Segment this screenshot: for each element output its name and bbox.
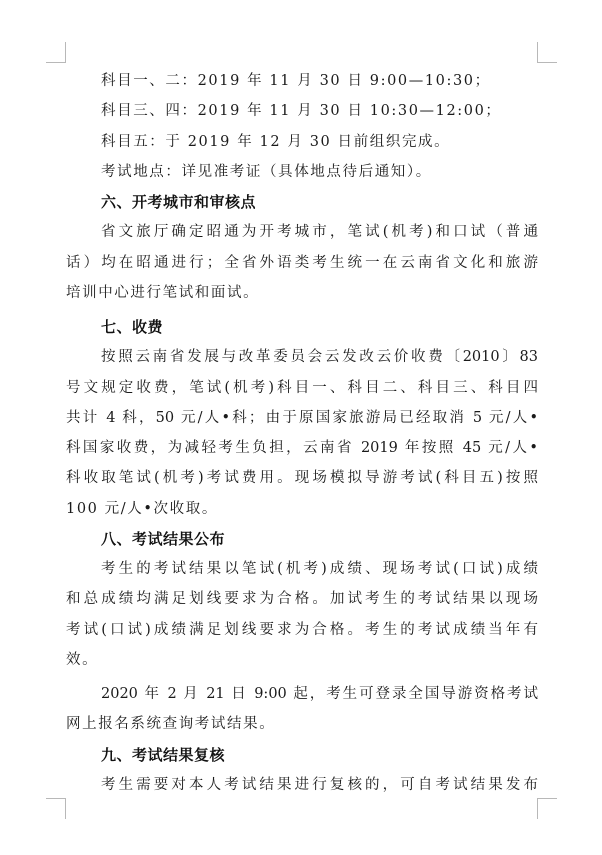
section-heading-7: 七、收费 <box>66 312 538 342</box>
margin-corner-mark-top-left <box>46 42 66 63</box>
paragraph-line: 科收取笔试(机考)考试费用。现场模拟导游考试(科目五)按照 <box>66 463 538 493</box>
exam-time-subject-5: 科目五：于 2019 年 12 月 30 日前组织完成。 <box>66 127 538 157</box>
paragraph-line: 按照云南省发展与改革委员会云发改云价收费〔2010〕83 <box>66 342 538 372</box>
paragraph-line: 科国家收费，为减轻考生负担，云南省 2019 年按照 45 元/人• <box>66 433 538 463</box>
margin-corner-mark-bottom-left <box>46 798 66 819</box>
paragraph-line: 2020 年 2 月 21 日 9:00 起，考生可登录全国导游资格考试 <box>66 679 538 709</box>
paragraph-line: 考试(口试)成绩满足划线要求为合格。考生的考试成绩当年有 <box>66 615 538 645</box>
paragraph-line: 考生需要对本人考试结果进行复核的，可自考试结果发布 <box>66 770 538 800</box>
paragraph-line: 培训中心进行笔试和面试。 <box>66 278 538 308</box>
margin-corner-mark-bottom-right <box>537 798 557 819</box>
paragraph-line: 效。 <box>66 645 538 675</box>
document-body: 科目一、二：2019 年 11 月 30 日 9:00—10:30； 科目三、四… <box>66 66 538 800</box>
paragraph-line: 100 元/人•次收取。 <box>66 494 538 524</box>
exam-time-subjects-1-2: 科目一、二：2019 年 11 月 30 日 9:00—10:30； <box>66 66 538 96</box>
paragraph-line: 号文规定收费，笔试(机考)科目一、科目二、科目三、科目四 <box>66 373 538 403</box>
document-page: 科目一、二：2019 年 11 月 30 日 9:00—10:30； 科目三、四… <box>0 0 602 855</box>
section-heading-8: 八、考试结果公布 <box>66 524 538 554</box>
paragraph-line: 话）均在昭通进行；全省外语类考生统一在云南省文化和旅游 <box>66 248 538 278</box>
paragraph-line: 考生的考试结果以笔试(机考)成绩、现场考试(口试)成绩 <box>66 554 538 584</box>
exam-location: 考试地点：详见准考证（具体地点待后通知）。 <box>66 157 538 187</box>
paragraph-line: 省文旅厅确定昭通为开考城市，笔试(机考)和口试（普通 <box>66 217 538 247</box>
section-heading-6: 六、开考城市和审核点 <box>66 187 538 217</box>
exam-time-subjects-3-4: 科目三、四：2019 年 11 月 30 日 10:30—12:00； <box>66 96 538 126</box>
paragraph-line: 共计 4 科，50 元/人•科；由于原国家旅游局已经取消 5 元/人• <box>66 403 538 433</box>
paragraph-line: 和总成绩均满足划线要求为合格。加试考生的考试结果以现场 <box>66 584 538 614</box>
margin-corner-mark-top-right <box>537 42 557 63</box>
paragraph-line: 网上报名系统查询考试结果。 <box>66 709 538 739</box>
section-heading-9: 九、考试结果复核 <box>66 740 538 770</box>
